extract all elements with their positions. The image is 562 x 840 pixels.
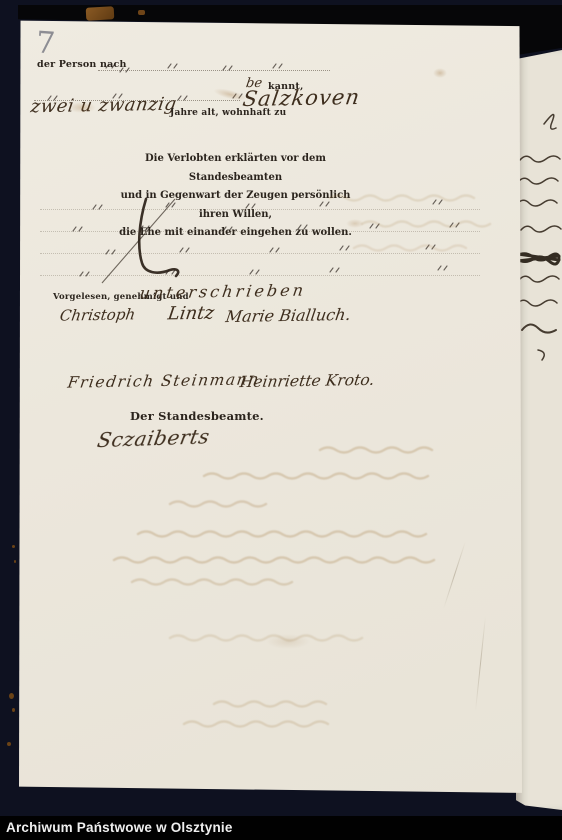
next-page-edge: [516, 50, 562, 810]
paper-crease: [475, 616, 486, 711]
faint-stain: [266, 634, 310, 649]
dotted-fill-line: [40, 275, 480, 276]
binding-speck: [7, 742, 11, 746]
ink-stain: [433, 68, 447, 78]
archive-watermark-text: Archiwum Państwowe w Olsztynie: [0, 816, 233, 840]
declaration-paragraph: Die Verlobten erklärten vor dem Standesb…: [113, 150, 358, 243]
signature-witness-2: Heinriette Kroto.: [239, 371, 376, 391]
declaration-line: Die Verlobten erklärten vor dem Standesb…: [113, 150, 358, 187]
signature-groom-forename: Christoph: [59, 305, 137, 324]
dotted-fill-line: [98, 70, 330, 71]
dotted-fill-line: [40, 209, 480, 210]
binding-speck: [12, 545, 15, 548]
handwritten-age: zwei u zwanzig: [29, 94, 178, 118]
archive-watermark-bar: Archiwum Państwowe w Olsztynie: [0, 816, 562, 840]
ink-marks-overlay: [18, 16, 522, 796]
declaration-line: die Ehe mit einander eingehen zu wollen.: [113, 224, 358, 243]
signature-groom-surname: Lintz: [166, 303, 215, 325]
dotted-fill-line: [40, 253, 480, 254]
registrar-label: Der Standesbeamte.: [130, 409, 264, 423]
register-page: 7 der Person nach be kannt, zwei u zwanz…: [18, 16, 522, 796]
declaration-line: und in Gegenwart der Zeugen persönlich i…: [113, 187, 358, 224]
dotted-fill-line: [40, 231, 480, 232]
archive-scan: 7 der Person nach be kannt, zwei u zwanz…: [0, 0, 562, 840]
signature-bride: Marie Bialluch.: [224, 305, 352, 326]
leather-binding-speck: [138, 10, 145, 15]
binding-speck: [12, 708, 15, 712]
pencil-page-number: 7: [35, 25, 56, 61]
bleed-through-ghost-writing: [18, 16, 522, 796]
leather-binding-fragment: [86, 6, 115, 20]
handwritten-place: Salzkoven: [241, 85, 362, 111]
binding-speck: [14, 560, 16, 563]
paper-crease: [443, 542, 466, 609]
next-page-handwriting-fragments: [516, 50, 562, 810]
signature-witness-1: Friedrich Steinmann: [66, 370, 261, 391]
crossed-out-scribble: [517, 254, 559, 264]
handwritten-unterschrieben: unterschrieben: [138, 281, 307, 303]
registrar-signature: Sczaiberts: [95, 424, 211, 452]
form-label-der-person-nach: der Person nach: [37, 59, 127, 70]
binding-speck: [9, 693, 14, 699]
